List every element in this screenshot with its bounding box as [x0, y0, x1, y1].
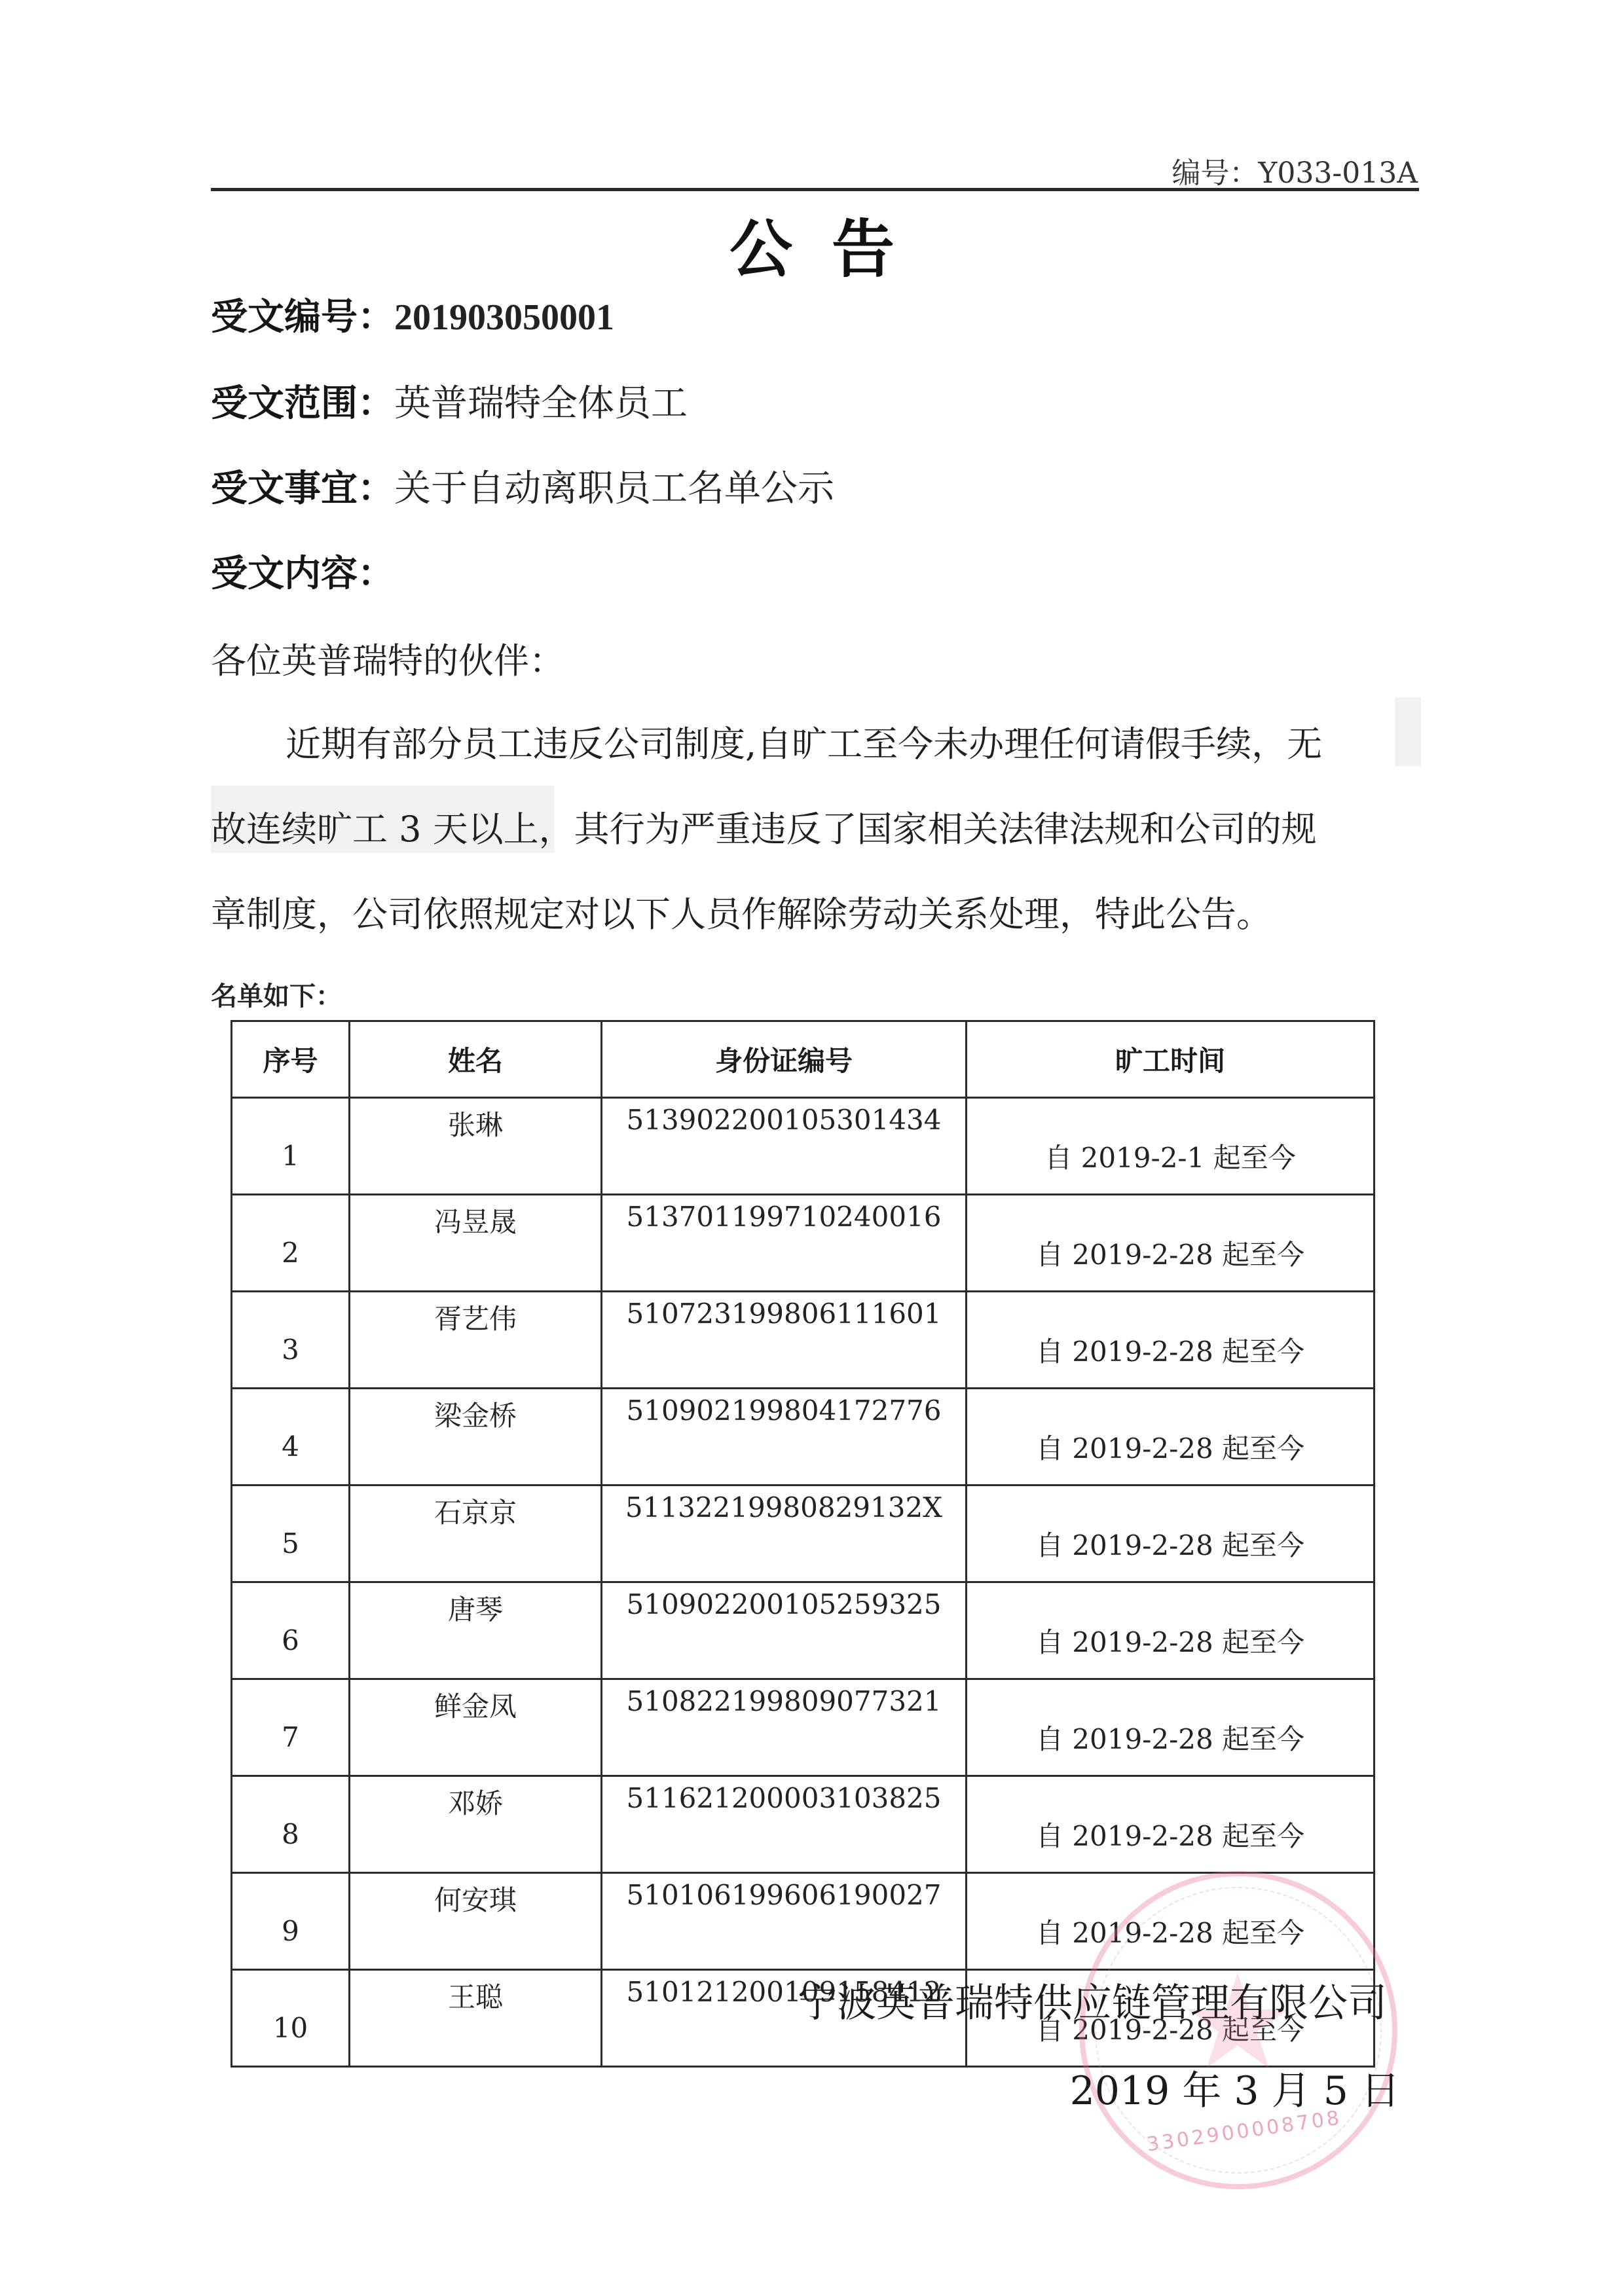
document-number: 编号：Y033-013A: [1113, 149, 1418, 191]
cell-absence-time: 自 2019-2-1 起至今: [967, 1098, 1375, 1195]
body-paragraph: 近期有部分员工违反公司制度,自旷工至今未办理任何请假手续，无 故连续旷工 3 天…: [211, 702, 1422, 957]
cell-name: 何安琪: [350, 1873, 602, 1970]
document-number-value: Y033-013A: [1258, 156, 1418, 190]
cell-id: 510822199809077321: [602, 1679, 967, 1776]
greeting: 各位英普瑞特的伙伴：: [211, 638, 564, 684]
table-row: 5 石京京 51132219980829132X 自 2019-2-28 起至今: [232, 1485, 1375, 1582]
table-row: 2 冯昱晟 513701199710240016 自 2019-2-28 起至今: [232, 1195, 1375, 1292]
cell-absence-time: 自 2019-2-28 起至今: [967, 1582, 1375, 1679]
cell-number: 4: [232, 1389, 350, 1485]
column-header-name: 姓名: [350, 1021, 602, 1098]
signature-date: 2019 年 3 月 5 日: [982, 2060, 1400, 2116]
cell-id: 513902200105301434: [602, 1098, 967, 1195]
cell-number: 8: [232, 1776, 350, 1873]
field-value: 英普瑞特全体员工: [394, 382, 688, 425]
column-header-number: 序号: [232, 1021, 350, 1098]
cell-absence-time: 自 2019-2-28 起至今: [967, 1292, 1375, 1389]
cell-name: 张琳: [350, 1098, 602, 1195]
field-label: 受文事宜：: [211, 467, 394, 510]
cell-absence-time: 自 2019-2-28 起至今: [967, 1679, 1375, 1776]
cell-id: 51132219980829132X: [602, 1485, 967, 1582]
field-value: 关于自动离职员工名单公示: [394, 467, 834, 510]
field-content: 受文内容：: [211, 551, 394, 597]
cell-name: 鲜金凤: [350, 1679, 602, 1776]
table-row: 1 张琳 513902200105301434 自 2019-2-1 起至今: [232, 1098, 1375, 1195]
field-subject: 受文事宜：关于自动离职员工名单公示: [211, 466, 834, 512]
column-header-absence: 旷工时间: [967, 1021, 1375, 1098]
field-label: 受文内容：: [211, 553, 394, 595]
cell-absence-time: 自 2019-2-28 起至今: [967, 1389, 1375, 1485]
cell-id: 510723199806111601: [602, 1292, 967, 1389]
table-row: 4 梁金桥 510902199804172776 自 2019-2-28 起至今: [232, 1389, 1375, 1485]
cell-id: 511621200003103825: [602, 1776, 967, 1873]
cell-name: 梁金桥: [350, 1389, 602, 1485]
table-row: 6 唐琴 510902200105259325 自 2019-2-28 起至今: [232, 1582, 1375, 1679]
cell-absence-time: 自 2019-2-28 起至今: [967, 1195, 1375, 1292]
cell-absence-time: 自 2019-2-28 起至今: [967, 1776, 1375, 1873]
table-row: 3 胥艺伟 510723199806111601 自 2019-2-28 起至今: [232, 1292, 1375, 1389]
field-value: 201903050001: [394, 297, 614, 338]
cell-id: 513701199710240016: [602, 1195, 967, 1292]
cell-name: 胥艺伟: [350, 1292, 602, 1389]
cell-name: 冯昱晟: [350, 1195, 602, 1292]
field-doc-id: 受文编号：201903050001: [211, 295, 614, 340]
paragraph-line: 章制度，公司依照规定对以下人员作解除劳动关系处理，特此公告。: [211, 872, 1422, 957]
paragraph-line: 近期有部分员工违反公司制度,自旷工至今未办理任何请假手续，无: [211, 702, 1422, 787]
cell-number: 10: [232, 1970, 350, 2067]
cell-id: 510902200105259325: [602, 1582, 967, 1679]
cell-id: 510106199606190027: [602, 1873, 967, 1970]
cell-absence-time: 自 2019-2-28 起至今: [967, 1485, 1375, 1582]
page-title: 公告: [0, 200, 1624, 289]
header-rule: [211, 188, 1419, 191]
cell-name: 唐琴: [350, 1582, 602, 1679]
field-label: 受文范围：: [211, 382, 394, 425]
cell-number: 5: [232, 1485, 350, 1582]
cell-number: 9: [232, 1873, 350, 1970]
cell-id: 510902199804172776: [602, 1389, 967, 1485]
document-number-label: 编号：: [1172, 156, 1258, 190]
cell-name: 石京京: [350, 1485, 602, 1582]
field-label: 受文编号：: [211, 296, 394, 338]
cell-number: 2: [232, 1195, 350, 1292]
cell-number: 7: [232, 1679, 350, 1776]
cell-number: 3: [232, 1292, 350, 1389]
list-label: 名单如下：: [211, 975, 342, 1013]
paragraph-line: 故连续旷工 3 天以上，其行为严重违反了国家相关法律法规和公司的规: [211, 787, 1422, 872]
field-scope: 受文范围：英普瑞特全体员工: [211, 381, 688, 427]
table-header-row: 序号 姓名 身份证编号 旷工时间: [232, 1021, 1375, 1098]
company-name: 宁波英普瑞特供应链管理有限公司: [786, 1972, 1387, 2028]
cell-number: 1: [232, 1098, 350, 1195]
table-row: 7 鲜金凤 510822199809077321 自 2019-2-28 起至今: [232, 1679, 1375, 1776]
cell-name: 邓娇: [350, 1776, 602, 1873]
column-header-id: 身份证编号: [602, 1021, 967, 1098]
cell-number: 6: [232, 1582, 350, 1679]
table-row: 8 邓娇 511621200003103825 自 2019-2-28 起至今: [232, 1776, 1375, 1873]
cell-name: 王聪: [350, 1970, 602, 2067]
